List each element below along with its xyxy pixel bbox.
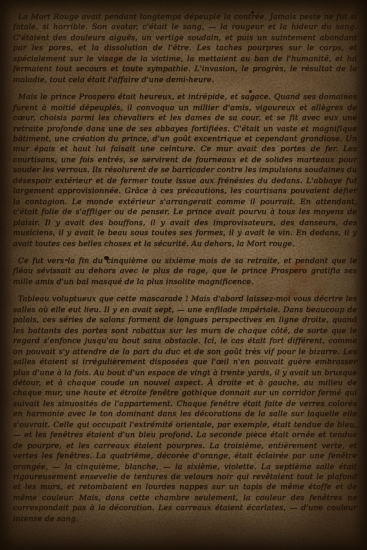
manuscript-text: La Mort Rouge avait pendant longtemps dé… xyxy=(13,12,357,531)
manuscript-page: La Mort Rouge avait pendant longtemps dé… xyxy=(0,0,367,550)
paragraph-red-death-intro: La Mort Rouge avait pendant longtemps dé… xyxy=(13,12,357,85)
paragraph-seven-rooms: Tableau voluptueux que cette mascarade !… xyxy=(13,294,357,524)
paragraph-prince-prospero: Mais le prince Prospero était heureux, e… xyxy=(13,92,357,249)
paragraph-masked-ball: Ce fut vers la fin du cinquième ou sixiè… xyxy=(13,256,357,287)
